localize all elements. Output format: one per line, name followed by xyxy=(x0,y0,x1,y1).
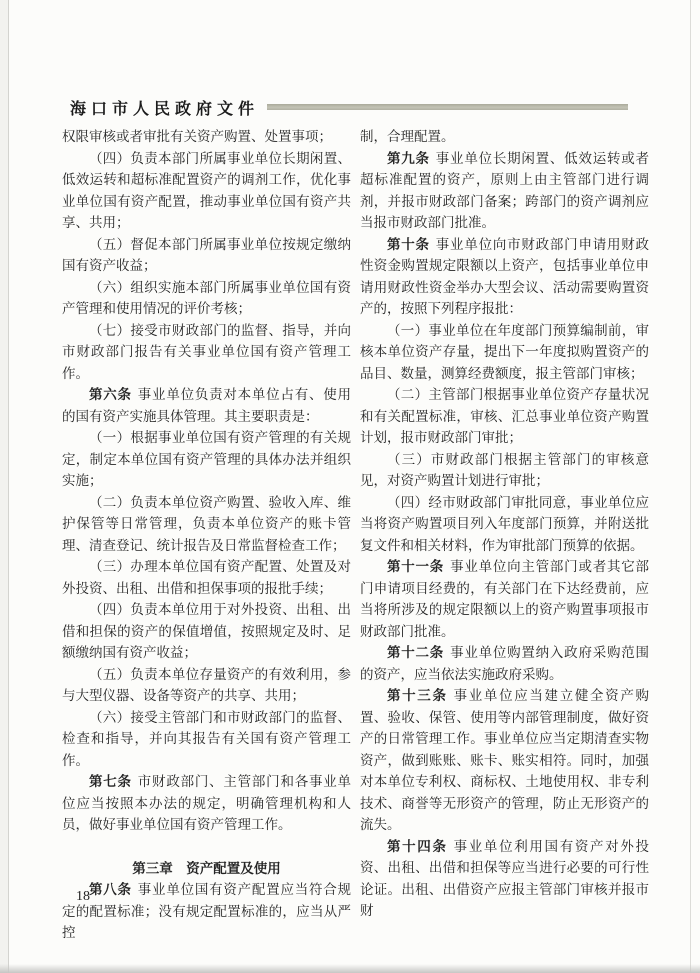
paragraph: 第十一条事业单位向主管部门或者其它部门申请项目经费的，有关部门在下达经费前，应当… xyxy=(360,556,649,642)
left-column: 权限审核或者审批有关资产购置、处置事项； （四）负责本部门所属事业单位长期闲置、… xyxy=(62,126,351,944)
right-column: 制，合理配置。 第九条事业单位长期闲置、低效运转或者超标准配置的资产，原则上由主… xyxy=(360,126,649,922)
paragraph: （三）市财政部门根据主管部门的审核意见，对资产购置计划进行审批； xyxy=(360,449,649,492)
paragraph: （二）负责本单位资产购置、验收入库、维护保管等日常管理，负责本单位资产的账卡管理… xyxy=(62,492,351,557)
paragraph: 第九条事业单位长期闲置、低效运转或者超标准配置的资产，原则上由主管部门进行调剂，… xyxy=(360,148,649,234)
paragraph: 制，合理配置。 xyxy=(360,126,649,148)
paragraph: 第八条事业单位国有资产配置应当符合规定的配置标准；没有规定配置标准的，应当从严控 xyxy=(62,879,351,944)
paragraph: （二）主管部门根据事业单位资产存量状况和有关配置标准，审核、汇总事业单位资产购置… xyxy=(360,384,649,449)
document-header-title: 海口市人民政府文件 xyxy=(70,96,259,119)
article-number: 第十二条 xyxy=(387,645,444,660)
paragraph: 第十三条事业单位应当建立健全资产购置、验收、保管、使用等内部管理制度，做好资产的… xyxy=(360,685,649,836)
article-number: 第十条 xyxy=(387,237,430,252)
paragraph: 第六条事业单位负责对本单位占有、使用的国有资产实施具体管理。其主要职责是： xyxy=(62,384,351,427)
article-number: 第六条 xyxy=(89,387,132,402)
paragraph: （四）经市财政部门审批同意，事业单位应当将资产购置项目列入年度部门预算，并附送批… xyxy=(360,492,649,557)
article-number: 第九条 xyxy=(387,151,430,166)
paragraph: （五）负责本单位存量资产的有效利用，参与大型仪器、设备等资产的共享、共用； xyxy=(62,664,351,707)
article-number: 第十三条 xyxy=(387,688,448,703)
article-text: 事业单位应当建立健全资产购置、验收、保管、使用等内部管理制度，做好资产的日常管理… xyxy=(360,688,649,832)
paragraph: （三）办理本单位国有资产配置、处置及对外投资、出租、出借和担保事项的报批手续； xyxy=(62,556,351,599)
article-number: 第十一条 xyxy=(387,559,444,574)
scan-edge-left-strip xyxy=(0,0,8,973)
paragraph: （六）组织实施本部门所属事业单位国有资产管理和使用情况的评价考核； xyxy=(62,277,351,320)
chapter-heading: 第三章 资产配置及使用 xyxy=(62,858,351,880)
paragraph: 第十条事业单位向市财政部门申请用财政性资金购置规定限额以上资产，包括事业单位申请… xyxy=(360,234,649,320)
paragraph: （六）接受主管部门和市财政部门的监督、检查和指导，并向其报告有关国有资产管理工作… xyxy=(62,707,351,772)
paragraph: 权限审核或者审批有关资产购置、处置事项； xyxy=(62,126,351,148)
paragraph: （一）事业单位在年度部门预算编制前，审核本单位资产存量，提出下一年度拟购置资产的… xyxy=(360,320,649,385)
article-number: 第八条 xyxy=(89,882,132,897)
article-number: 第七条 xyxy=(89,774,132,789)
scan-edge-right-line xyxy=(690,0,691,973)
header-divider-bar xyxy=(267,104,628,110)
scan-edge-bottom-shadow xyxy=(0,964,700,973)
scanned-document-page: 海口市人民政府文件 权限审核或者审批有关资产购置、处置事项； （四）负责本部门所… xyxy=(0,0,700,973)
paragraph: 第十二条事业单位购置纳入政府采购范围的资产，应当依法实施政府采购。 xyxy=(360,642,649,685)
paragraph: （五）督促本部门所属事业单位按规定缴纳国有资产收益； xyxy=(62,234,351,277)
paragraph: 第七条市财政部门、主管部门和各事业单位应当按照本办法的规定，明确管理机构和人员，… xyxy=(62,771,351,836)
page-number: 18 xyxy=(76,889,90,905)
scan-edge-left-line xyxy=(8,0,9,973)
paragraph: （四）负责本部门所属事业单位长期闲置、低效运转和超标准配置资产的调剂工作，优化事… xyxy=(62,148,351,234)
paragraph: （一）根据事业单位国有资产管理的有关规定，制定本单位国有资产管理的具体办法并组织… xyxy=(62,427,351,492)
paragraph: （四）负责本单位用于对外投资、出租、出借和担保的资产的保值增值，按照规定及时、足… xyxy=(62,599,351,664)
paragraph: 第十四条事业单位利用国有资产对外投资、出租、出借和担保等应当进行必要的可行性论证… xyxy=(360,836,649,922)
paragraph: （七）接受市财政部门的监督、指导，并向市财政部门报告有关事业单位国有资产管理工作… xyxy=(62,320,351,385)
article-number: 第十四条 xyxy=(387,839,448,854)
